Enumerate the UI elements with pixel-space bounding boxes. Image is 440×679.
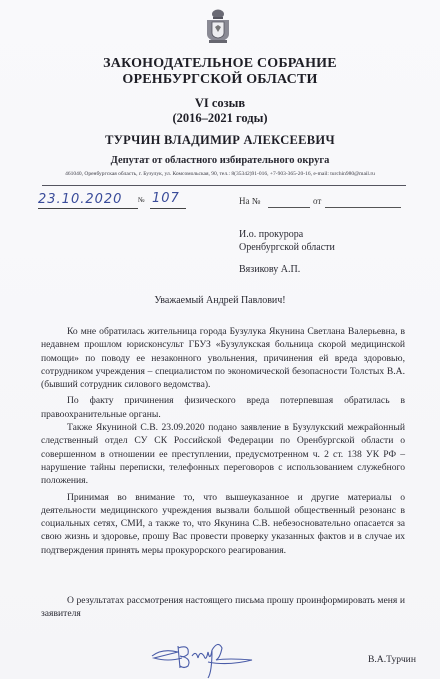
reference-number-label: На №	[239, 196, 260, 206]
addressee-line-1: И.о. прокурора	[239, 228, 335, 241]
paragraph: По факту причинения физического вреда по…	[41, 394, 405, 421]
addressee-position: И.о. прокурора Оренбургской области	[239, 228, 335, 254]
term: (2016–2021 годы)	[0, 111, 440, 126]
deputy-name: ТУРЧИН ВЛАДИМИР АЛЕКСЕЕВИЧ	[0, 133, 440, 148]
paragraph: Также Якуниной С.В. 23.09.2020 подано за…	[41, 421, 405, 487]
number-underline	[150, 208, 186, 209]
convocation-block: VI созыв (2016–2021 годы)	[0, 96, 440, 126]
addressee-line-2: Оренбургской области	[239, 241, 335, 254]
salutation: Уважаемый Андрей Павлович!	[0, 295, 440, 306]
handwritten-signature-icon	[148, 636, 258, 679]
paragraph: Принимая во внимание то, что вышеуказанн…	[41, 491, 405, 557]
date-underline	[38, 208, 138, 209]
contact-address: 461040, Оренбургская область, г. Бузулук…	[0, 171, 440, 177]
letter-body: Ко мне обратилась жительница города Бузу…	[41, 325, 405, 557]
paragraph: Ко мне обратилась жительница города Бузу…	[41, 325, 405, 391]
organization-line-1: ЗАКОНОДАТЕЛЬНОЕ СОБРАНИЕ	[0, 56, 440, 72]
reference-date-label: от	[313, 196, 321, 206]
deputy-district: Депутат от областного избирательного окр…	[0, 155, 440, 166]
handwritten-number: 107	[152, 191, 180, 206]
reference-date-blank	[325, 207, 401, 208]
organization-name: ЗАКОНОДАТЕЛЬНОЕ СОБРАНИЕ ОРЕНБУРГСКОЙ ОБ…	[0, 56, 440, 88]
coat-of-arms-icon	[204, 8, 232, 44]
number-label: №	[138, 196, 145, 204]
organization-line-2: ОРЕНБУРГСКОЙ ОБЛАСТИ	[0, 72, 440, 88]
convocation: VI созыв	[0, 96, 440, 111]
reference-number-blank	[268, 207, 310, 208]
closing-request: О результатах рассмотрения настоящего пи…	[41, 594, 405, 621]
addressee-name: Вязикову А.П.	[239, 263, 300, 276]
handwritten-date: 23.10.2020	[38, 192, 122, 207]
letterhead-divider	[42, 185, 406, 186]
closing-paragraph: О результатах рассмотрения настоящего пи…	[41, 594, 405, 621]
signer-name: В.А.Турчин	[368, 654, 416, 665]
letter-page: ЗАКОНОДАТЕЛЬНОЕ СОБРАНИЕ ОРЕНБУРГСКОЙ ОБ…	[0, 0, 440, 679]
